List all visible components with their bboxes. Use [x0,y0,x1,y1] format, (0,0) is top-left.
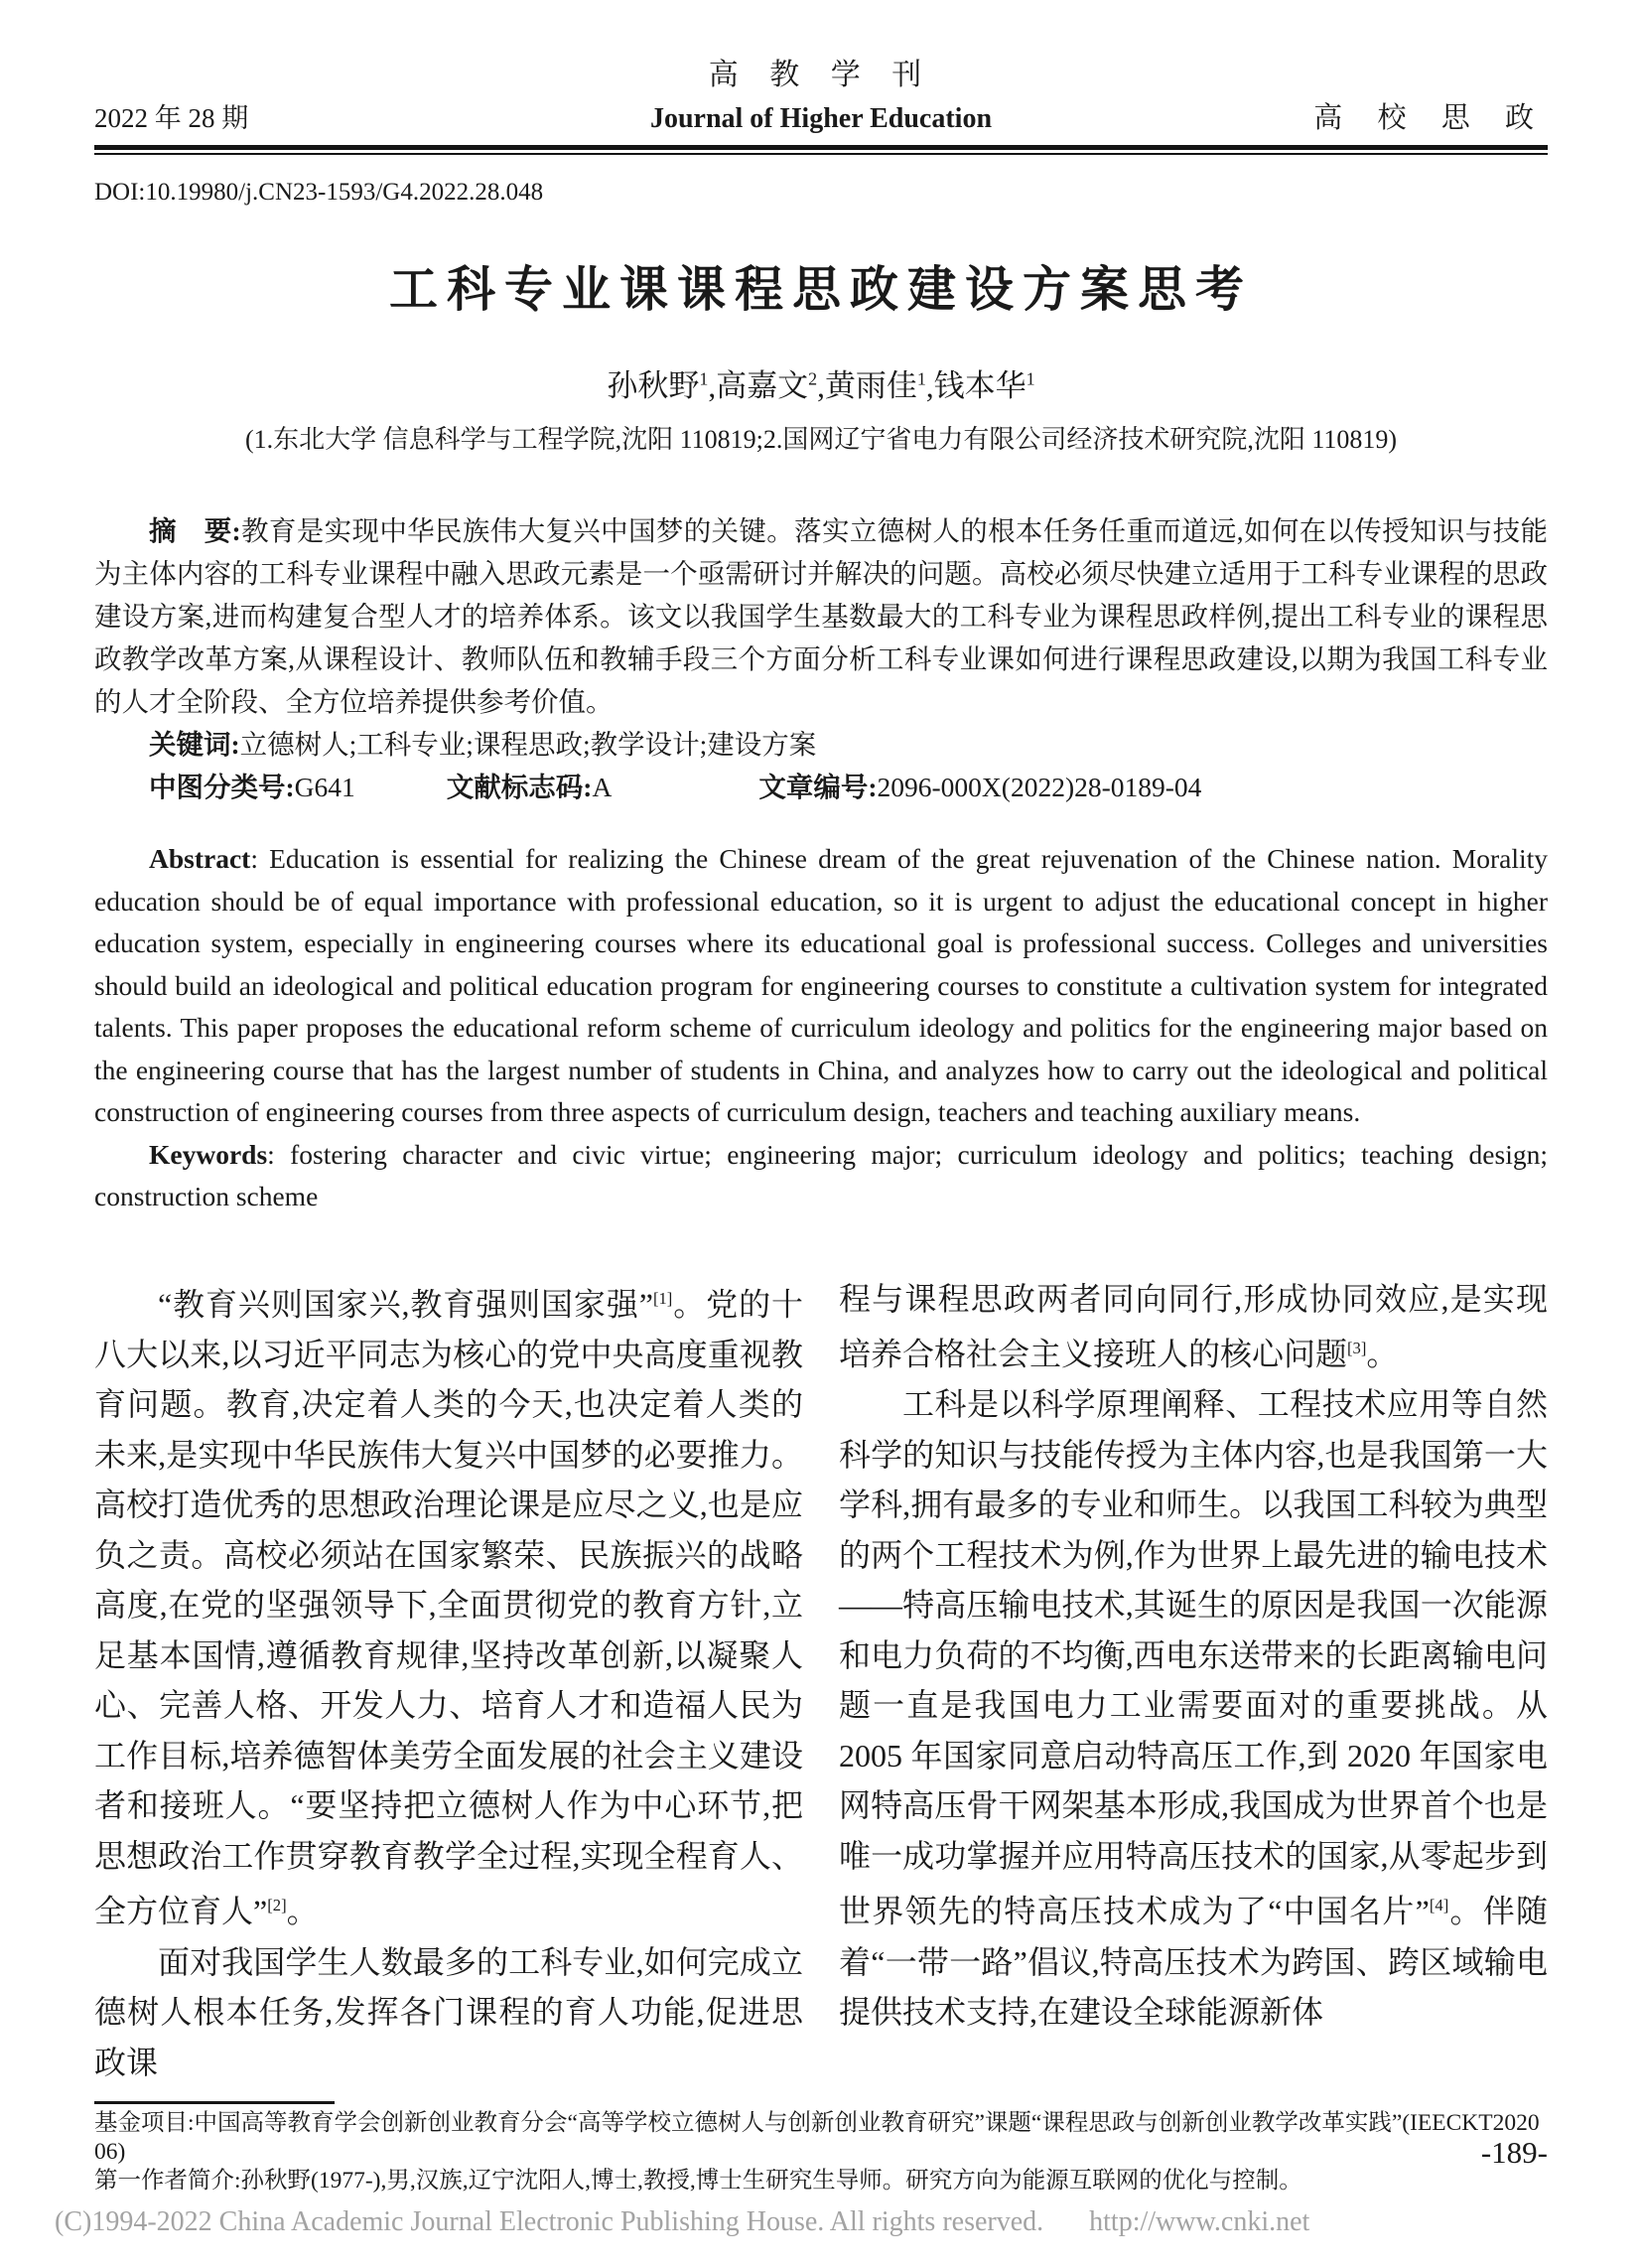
rule-thick [94,145,1548,150]
author-name: 黄雨佳1 [825,368,926,403]
citation-ref: [2] [267,1896,286,1914]
journal-title-en: Journal of Higher Education [432,102,1210,136]
author-separator: , [708,368,716,403]
abstract-en-text: : Education is essential for realizing t… [94,843,1548,1127]
body-column-left: “教育兴则国家兴,教育强则国家强”[1]。党的十八大以来,以习近平同志为核心的党… [94,1274,803,2087]
footnote-author-bio: 第一作者简介:孙秋野(1977-),男,汉族,辽宁沈阳人,博士,教授,博士生研究… [94,2167,1548,2196]
body-paragraph: 程与课程思政两者同向同行,形成协同效应,是实现培养合格社会主义接班人的核心问题[… [839,1274,1548,1380]
keywords-en-text: : fostering character and civic virtue; … [94,1139,1548,1212]
rule-thin [94,153,1548,155]
keywords-cn-label: 关键词: [149,729,240,760]
abstract-cn-label: 摘 要: [149,515,241,546]
journal-page: 高 教 学 刊 2022 年 28 期 Journal of Higher Ed… [0,0,1642,2268]
classification-line: 中图分类号:G641文献标志码:A文章编号:2096-000X(2022)28-… [94,766,1548,808]
citation-ref: [3] [1347,1339,1366,1357]
footnote-fund: 基金项目:中国高等教育学会创新创业教育分会“高等学校立德树人与创新创业教育研究”… [94,2109,1548,2167]
issue-number: 2022 年 28 期 [94,101,432,135]
body-column-right: 程与课程思政两者同向同行,形成协同效应,是实现培养合格社会主义接班人的核心问题[… [839,1274,1548,2087]
doi-line: DOI:10.19980/j.CN23-1593/G4.2022.28.048 [94,177,1548,209]
author-separator: , [817,368,825,403]
clc-group: 中图分类号:G641 [149,772,355,802]
copyright-bar: (C)1994-2022 China Academic Journal Elec… [55,2206,1309,2238]
article-id-label: 文章编号: [758,772,877,802]
page-number: -189- [1481,2135,1548,2171]
keywords-cn: 关键词:立德树人;工科专业;课程思政;教学设计;建设方案 [94,723,1548,766]
affiliation: (1.东北大学 信息科学与工程学院,沈阳 110819;2.国网辽宁省电力有限公… [94,422,1548,458]
keywords-en: Keywords: fostering character and civic … [94,1134,1548,1218]
author-affiliation-sup: 1 [917,369,926,389]
article-id-value: 2096-000X(2022)28-0189-04 [878,772,1202,802]
body-paragraph: 工科是以科学原理阐释、工程技术应用等自然科学的知识与技能传授为主体内容,也是我国… [839,1379,1548,2037]
author-name: 孙秋野1 [607,368,708,403]
column-name: 高 校 思 政 [1210,101,1548,135]
author-name: 高嘉文2 [716,368,817,403]
body-paragraph: “教育兴则国家兴,教育强则国家强”[1]。党的十八大以来,以习近平同志为核心的党… [94,1274,803,1937]
abstract-en: Abstract: Education is essential for rea… [94,838,1548,1134]
abstract-cn: 摘 要:教育是实现中华民族伟大复兴中国梦的关键。落实立德树人的根本任务任重而道远… [94,509,1548,723]
keywords-en-label: Keywords [149,1139,267,1170]
footnote-block: 基金项目:中国高等教育学会创新创业教育分会“高等学校立德树人与创新创业教育研究”… [94,2101,1548,2196]
body-paragraph: 面对我国学生人数最多的工科专业,如何完成立德树人根本任务,发挥各门课程的育人功能… [94,1937,803,2088]
author-affiliation-sup: 1 [1026,369,1035,389]
footnote-rule [94,2101,335,2104]
abstract-cn-text: 教育是实现中华民族伟大复兴中国梦的关键。落实立德树人的根本任务任重而道远,如何在… [94,515,1548,717]
doc-code-label: 文献标志码: [447,772,593,802]
abstract-en-label: Abstract [149,843,250,874]
cnki-url: http://www.cnki.net [1089,2206,1309,2237]
clc-label: 中图分类号: [149,772,295,802]
author-name: 钱本华1 [934,368,1035,403]
header-row: 2022 年 28 期 Journal of Higher Education … [94,101,1548,136]
clc-value: G641 [295,772,355,802]
keywords-cn-text: 立德树人;工科专业;课程思政;教学设计;建设方案 [240,729,817,760]
author-affiliation-sup: 2 [808,369,817,389]
page-header: 高 教 学 刊 2022 年 28 期 Journal of Higher Ed… [94,58,1548,155]
body-columns: “教育兴则国家兴,教育强则国家强”[1]。党的十八大以来,以习近平同志为核心的党… [94,1274,1548,2087]
author-separator: , [926,368,934,403]
doc-code-group: 文献标志码:A [447,772,613,802]
copyright-text: (C)1994-2022 China Academic Journal Elec… [55,2206,1043,2237]
header-double-rule [94,145,1548,155]
article-id-group: 文章编号:2096-000X(2022)28-0189-04 [758,772,1201,802]
citation-ref: [1] [653,1289,672,1308]
article-title: 工科专业课课程思政建设方案思考 [94,260,1548,320]
journal-title-cn: 高 教 学 刊 [94,58,1548,93]
citation-ref: [4] [1430,1896,1448,1914]
authors-line: 孙秋野1,高嘉文2,黄雨佳1,钱本华1 [94,359,1548,406]
doc-code-value: A [592,772,612,802]
